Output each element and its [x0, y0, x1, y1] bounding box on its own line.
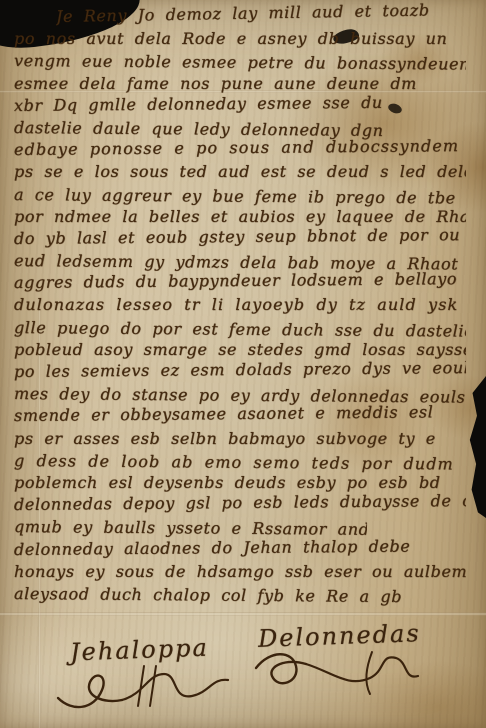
manuscript-line: Je Reny Jo demoz lay mill aud et toazb [56, 0, 466, 28]
manuscript-line: ps se e los sous ted aud est se deud s l… [14, 161, 466, 183]
manuscript-line: smende er obbeysamee asaonet e meddis es… [14, 401, 466, 427]
signature-left: Jehaloppa [70, 636, 209, 664]
manuscript-line: do yb lasl et eoub gstey seup bbnot de p… [14, 224, 466, 250]
manuscript-line: xbr Dq gmlle delonneday esmee sse du [14, 91, 466, 117]
manuscript-photo: Je Reny Jo demoz lay mill aud et toazbpo… [0, 0, 486, 728]
manuscript-line: delonnedas depoy gsl po esb leds dubayss… [14, 490, 466, 516]
manuscript-line: vengm eue noble esmee petre du bonassynd… [14, 50, 466, 76]
manuscript-line: aggres duds du baypyndeuer lodsuem e bel… [14, 268, 466, 294]
signature-right-name: Delonnedas [258, 619, 422, 653]
manuscript-line: glle puego do por est feme duch sse du d… [14, 317, 466, 343]
signature-left-name: Jehaloppa [70, 634, 210, 667]
manuscript-line: po nos avut dela Rode e asney db buissay… [14, 28, 466, 50]
manuscript-line: dulonazas lesseo tr li layoeyb dy tz aul… [14, 294, 466, 316]
manuscript-line: a ce luy aggreur ey bue feme ib prego de… [14, 184, 466, 210]
signature-right: Delonnedas [258, 622, 421, 650]
manuscript-line: g dess de loob ab emo semo teds por dudm [14, 450, 466, 476]
manuscript-line: edbaye ponosse e po sous and dubocssynde… [14, 135, 466, 161]
manuscript-line: honays ey sous de hdsamgo ssb eser ou au… [14, 561, 466, 583]
manuscript-line: ps er asses esb selbn babmayo subvoge ty… [14, 428, 466, 450]
manuscript-line: po les semievs ez esm dolads prezo dys v… [14, 357, 466, 383]
manuscript-line: aleysaod duch chalop col fyb ke Re a gb [14, 583, 412, 608]
manuscript-line: delonneday alaodnes do Jehan thalop debe [14, 535, 466, 561]
manuscript-text-block: Je Reny Jo demoz lay mill aud et toazbpo… [14, 6, 466, 605]
